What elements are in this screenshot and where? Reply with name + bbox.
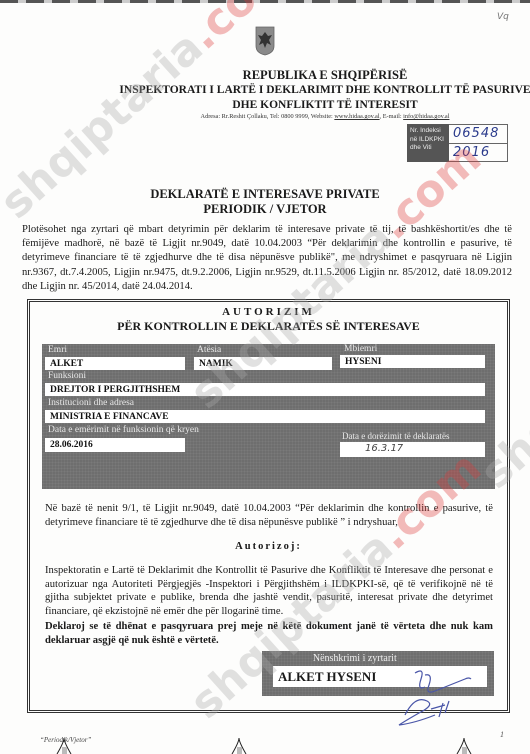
atesia-field: NAMIK (194, 357, 332, 370)
scan-top-edge (0, 0, 530, 3)
agency-name-line2: DHE KONFLIKTIT TË INTERESIT (60, 99, 530, 111)
emri-label: Emri (48, 345, 67, 355)
data-dorezimit-field: 16.3.17 (340, 442, 485, 457)
intro-paragraph: Plotësohet nga zyrtari që mbart detyrimi… (22, 223, 512, 294)
index-number-box: Nr. Indeksi në ILDKPKI dhe Viti 06548 20… (407, 124, 508, 162)
agency-address: Adresa: Rr.Reshit Çollaku, Tel: 0800 999… (60, 113, 530, 120)
email-link[interactable]: info@hidaa.gov.al (403, 113, 449, 120)
funksioni-label: Funksioni (48, 371, 86, 381)
scan-arrow-mark-icon (55, 738, 73, 754)
emri-field: ALKET (45, 357, 185, 370)
institucioni-field: MINISTRIA E FINANCAVE (45, 410, 485, 423)
mbiemri-label: Mbiemri (344, 344, 377, 354)
mbiemri-field: HYSENI (340, 355, 485, 368)
authorization-title: AUTORIZIM (30, 306, 507, 318)
country-name: REPUBLIKA E SHQIPËRISË (60, 68, 530, 83)
handwritten-signature-icon (385, 665, 475, 730)
funksioni-field: DREJTOR I PERGJITHSHEM (45, 383, 485, 396)
document-title: DEKLARATË E INTERESAVE PRIVATE (0, 187, 530, 202)
scan-arrow-mark-icon (230, 738, 248, 754)
autorizoj-heading: Autorizoj: (30, 541, 507, 552)
index-label: Nr. Indeksi në ILDKPKI dhe Viti (407, 124, 449, 162)
index-number: 06548 (449, 125, 507, 143)
data-emerimit-label: Data e emërimit në funksionin që kryen (48, 425, 199, 435)
website-link[interactable]: www.hidaa.gov.al (334, 113, 379, 120)
address-text: Adresa: Rr.Reshit Çollaku, Tel: 0800 999… (201, 113, 335, 120)
institucioni-label: Institucioni dhe adresa (48, 398, 134, 408)
scan-arrow-mark-icon (455, 738, 473, 754)
email-prefix: , E-mail: (380, 113, 404, 120)
albania-emblem-icon (255, 26, 275, 56)
legal-basis-paragraph: Në bazë të nenit 9/1, të Ligjit nr.9049,… (45, 502, 493, 529)
signature-label: Nënshkrimi i zyrtarit (262, 653, 448, 664)
data-emerimit-field: 28.06.2016 (45, 438, 185, 452)
official-info-panel: Emri ALKET Atësia NAMIK Mbiemri HYSENI F… (42, 344, 495, 489)
authorization-subtitle: PËR KONTROLLIN E DEKLARATËS SË INTERESAV… (30, 319, 507, 334)
data-dorezimit-label: Data e dorëzimit të deklaratës (342, 431, 449, 441)
authorization-paragraph: Inspektoratin e Lartë të Deklarimit dhe … (45, 564, 493, 618)
agency-name-line1: INSPEKTORATI I LARTË I DEKLARIMIT DHE KO… (60, 84, 530, 96)
atesia-label: Atësia (197, 345, 221, 355)
authorization-section: AUTORIZIM PËR KONTROLLIN E DEKLARATËS SË… (27, 299, 510, 713)
page-number: 1 (500, 730, 504, 739)
declaration-statement: Deklaroj se të dhënat e pasqyruara prej … (45, 620, 493, 647)
handwritten-note: Vq (497, 12, 509, 22)
index-year: 2016 (449, 143, 507, 162)
document-subtitle: PERIODIK / VJETOR (0, 202, 530, 217)
